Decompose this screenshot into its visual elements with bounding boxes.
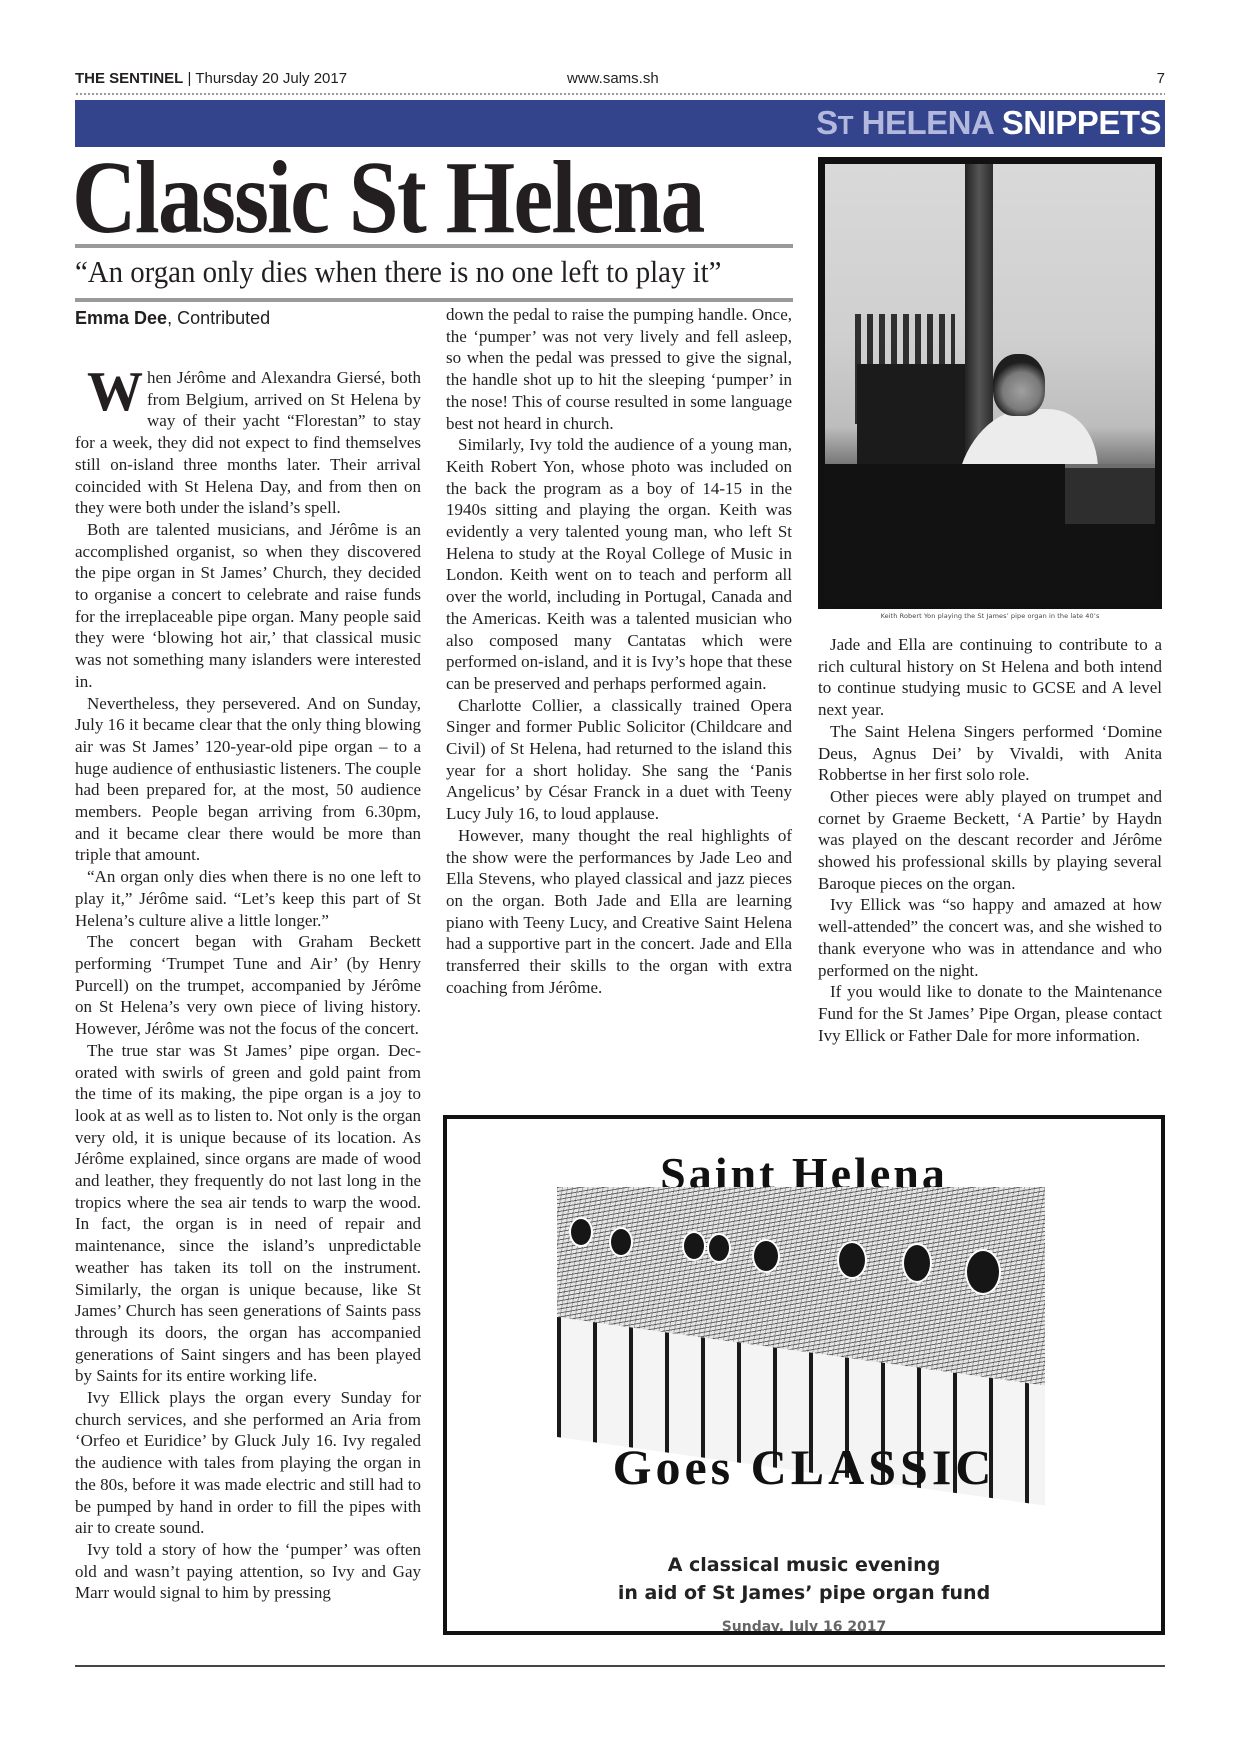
organ-stop-icon bbox=[837, 1241, 867, 1279]
paragraph: down the pedal to raise the pumping hand… bbox=[446, 304, 792, 434]
section-name: SNIPPETS bbox=[1002, 104, 1161, 141]
author-name: Emma Dee bbox=[75, 308, 167, 328]
poster-title-line2: Goes CLASSIC bbox=[447, 1439, 1161, 1495]
masthead-left: THE SENTINEL | Thursday 20 July 2017 bbox=[75, 70, 347, 87]
article-subhead: “An organ only dies when there is no one… bbox=[75, 252, 743, 292]
section-prefix-rest: HELENA bbox=[853, 104, 1002, 141]
paragraph: Nevertheless, they persevered. And on Su… bbox=[75, 693, 421, 867]
paragraph: The concert began with Graham Beck­ett p… bbox=[75, 931, 421, 1040]
photo-image bbox=[825, 164, 1155, 602]
drop-cap: W bbox=[87, 371, 143, 413]
paragraph: Charlotte Collier, a classically trained… bbox=[446, 695, 792, 825]
organist-head-graphic bbox=[993, 354, 1045, 416]
paragraph: Both are talented musicians, and Jérôme … bbox=[75, 519, 421, 693]
page-bottom-rule bbox=[75, 1665, 1165, 1667]
organ-stop-icon bbox=[707, 1233, 731, 1263]
organ-stop-icon bbox=[902, 1243, 932, 1283]
organ-stop-icon bbox=[682, 1231, 706, 1261]
paragraph: The Saint Helena Singers performed ‘Do­m… bbox=[818, 721, 1162, 786]
section-prefix: ST HELENA bbox=[816, 104, 1002, 141]
music-desk-graphic bbox=[1065, 464, 1155, 524]
headline-rule-bottom bbox=[75, 298, 793, 302]
article-column-1: When Jérôme and Alexandra Giersé, both f… bbox=[75, 367, 421, 1604]
poster-date-cut-off: Sunday, July 16 2017 bbox=[447, 1619, 1161, 1635]
organ-stop-icon bbox=[752, 1239, 780, 1273]
paragraph: Ivy told a story of how the ‘pumper’ was… bbox=[75, 1539, 421, 1604]
paragraph: Ivy Ellick plays the organ every Sunday … bbox=[75, 1387, 421, 1539]
publication-name: THE SENTINEL bbox=[75, 70, 183, 87]
photo-caption: Keith Robert Yon playing the St James’ p… bbox=[818, 612, 1162, 620]
paragraph: Ivy Ellick was “so happy and amazed at h… bbox=[818, 894, 1162, 981]
paragraph: If you would like to donate to the Maint… bbox=[818, 981, 1162, 1046]
paragraph: When Jérôme and Alexandra Giersé, both f… bbox=[75, 367, 421, 519]
paragraph: Other pieces were ably played on trumpet… bbox=[818, 786, 1162, 895]
section-title: ST HELENA SNIPPETS bbox=[816, 103, 1161, 145]
poster-subtitle-line1: A classical music evening bbox=[447, 1551, 1161, 1579]
organ-case-graphic bbox=[857, 364, 967, 474]
organ-stop-icon bbox=[965, 1249, 1001, 1295]
organ-illustration bbox=[557, 1187, 1045, 1437]
event-poster: Saint Helena Goes CLASSIC A classical mu… bbox=[443, 1115, 1165, 1635]
archive-photo bbox=[818, 157, 1162, 609]
article-column-2: down the pedal to raise the pumping hand… bbox=[446, 304, 792, 999]
byline: Emma Dee, Contributed bbox=[75, 307, 270, 329]
dotted-divider bbox=[75, 92, 1165, 96]
page-number: 7 bbox=[1157, 70, 1165, 87]
masthead: THE SENTINEL | Thursday 20 July 2017 www… bbox=[75, 70, 1165, 92]
paragraph: Jade and Ella are continuing to contribu… bbox=[818, 634, 1162, 721]
article-headline: Classic St Helena bbox=[72, 148, 691, 248]
paragraph: Similarly, Ivy told the audience of a yo… bbox=[446, 434, 792, 694]
masthead-separator: | bbox=[183, 70, 195, 87]
paragraph: “An organ only dies when there is no one… bbox=[75, 866, 421, 931]
organ-stop-icon bbox=[609, 1227, 633, 1257]
website-link[interactable]: www.sams.sh bbox=[567, 70, 659, 87]
author-role: , Contributed bbox=[167, 308, 270, 328]
issue-date: Thursday 20 July 2017 bbox=[195, 70, 347, 87]
paragraph: The true star was St James’ pipe organ. … bbox=[75, 1040, 421, 1387]
organ-stop-icon bbox=[569, 1217, 593, 1247]
paragraph: However, many thought the real highlight… bbox=[446, 825, 792, 999]
headline-rule-top bbox=[75, 244, 793, 248]
section-prefix-initial: S bbox=[816, 104, 838, 141]
article-column-3: Jade and Ella are continuing to contribu… bbox=[818, 634, 1162, 1046]
section-prefix-smallcap: T bbox=[838, 110, 853, 140]
poster-subtitle-line2: in aid of St James’ pipe organ fund bbox=[447, 1579, 1161, 1607]
